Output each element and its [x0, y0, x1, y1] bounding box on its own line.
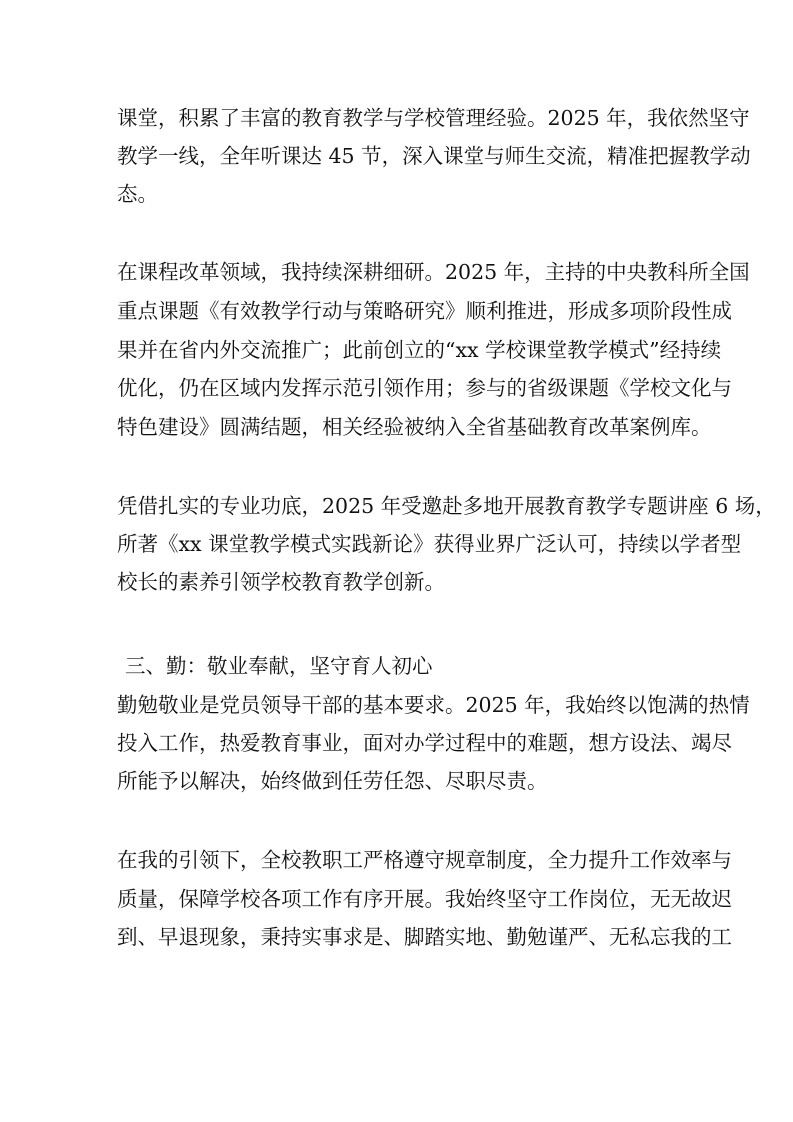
paragraph-line: 优化，仍在区域内发挥示范引领作用；参与的省级课题《学校文化与: [117, 373, 679, 403]
paragraph-line: 校长的素养引领学校教育教学创新。: [117, 567, 679, 597]
paragraph-line: 态。: [117, 179, 679, 209]
document-page: 课堂，积累了丰富的教育教学与学校管理经验。2025 年，我依然坚守 教学一线，全…: [0, 0, 793, 1122]
section-heading: 三、勤：敬业奉献，坚守育人初心: [125, 651, 687, 681]
paragraph-line: 在我的引领下，全校教职工严格遵守规章制度，全力提升工作效率与: [117, 845, 679, 875]
paragraph-line: 教学一线，全年听课达 45 节，深入课堂与师生交流，精准把握教学动: [117, 141, 679, 171]
paragraph-line: 在课程改革领域，我持续深耕细研。2025 年，主持的中央教科所全国: [117, 257, 679, 287]
paragraph-line: 所著《xx 课堂教学模式实践新论》获得业界广泛认可，持续以学者型: [117, 529, 679, 559]
paragraph-line: 凭借扎实的专业功底，2025 年受邀赴多地开展教育教学专题讲座 6 场，: [117, 491, 679, 521]
paragraph-line: 重点课题《有效教学行动与策略研究》顺利推进，形成多项阶段性成: [117, 296, 679, 326]
paragraph-line: 果并在省内外交流推广；此前创立的“xx 学校课堂教学模式”经持续: [117, 335, 679, 365]
paragraph-line: 特色建设》圆满结题，相关经验被纳入全省基础教育改革案例库。: [117, 412, 679, 442]
paragraph-line: 到、早退现象，秉持实事求是、脚踏实地、勤勉谨严、无私忘我的工: [117, 922, 679, 952]
paragraph-line: 投入工作，热爱教育事业，面对办学过程中的难题，想方设法、竭尽: [117, 728, 679, 758]
paragraph-line: 所能予以解决，始终做到任劳任怨、尽职尽责。: [117, 766, 679, 796]
paragraph-line: 质量，保障学校各项工作有序开展。我始终坚守工作岗位，无无故迟: [117, 884, 679, 914]
paragraph-line: 勤勉敬业是党员领导干部的基本要求。2025 年，我始终以饱满的热情: [117, 690, 679, 720]
paragraph-line: 课堂，积累了丰富的教育教学与学校管理经验。2025 年，我依然坚守: [117, 103, 679, 133]
